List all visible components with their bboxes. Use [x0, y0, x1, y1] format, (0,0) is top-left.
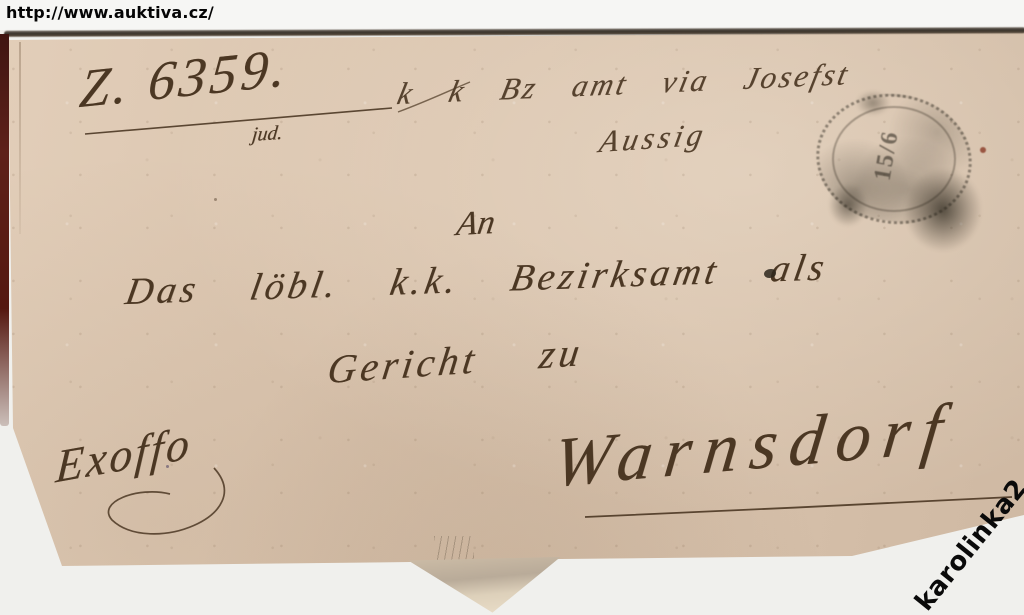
bottom-fold-flap	[405, 557, 567, 615]
reference-note: jud.	[251, 122, 284, 147]
vertical-fold-crease	[19, 42, 21, 234]
salutation: An	[454, 204, 498, 244]
postmark-stamp: 15/6	[816, 90, 972, 228]
paper-speck	[214, 198, 217, 201]
postmark-ink-smudge	[822, 176, 874, 234]
source-url: http://www.auktiva.cz/	[6, 3, 214, 22]
scanner-top-strip: http://www.auktiva.cz/	[0, 0, 1024, 30]
red-stain-dot	[980, 147, 986, 153]
scanned-cover-image: http://www.auktiva.cz/ Z. 6359. jud. k k…	[0, 0, 1024, 615]
dark-red-binding-edge	[0, 34, 9, 426]
paper-speck	[166, 465, 169, 468]
postmark-ink-smudge	[850, 86, 896, 120]
folded-letter-envelope: Z. 6359. jud. k k Bz amt via Josefst Aus…	[0, 0, 1024, 615]
crease-marks	[434, 536, 474, 562]
